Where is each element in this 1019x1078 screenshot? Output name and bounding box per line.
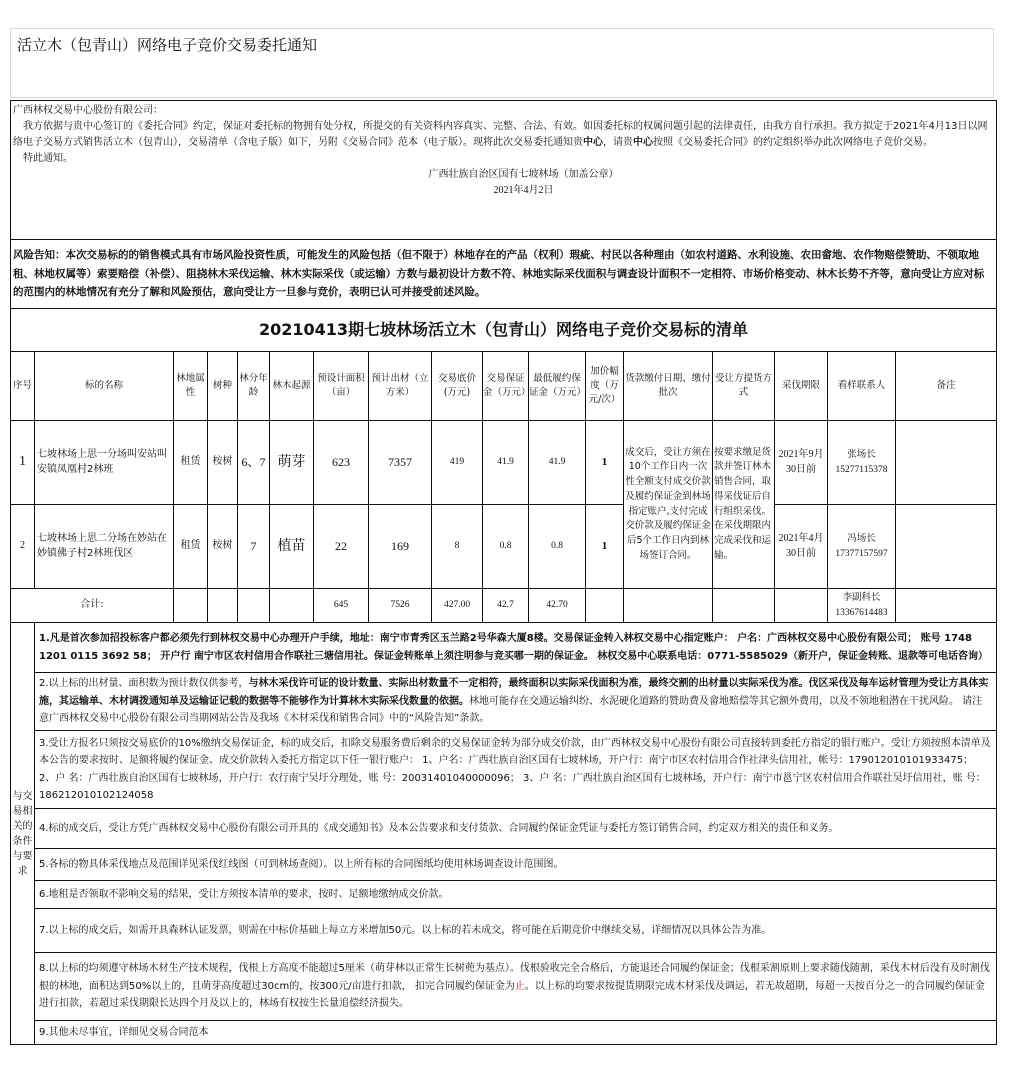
row-age: 7 <box>238 505 270 589</box>
row-base-price: 419 <box>432 421 483 505</box>
col-header: 采伐期限 <box>775 352 828 421</box>
row-increment: 1 <box>586 421 624 505</box>
row-species: 桉树 <box>208 505 238 589</box>
page-title: 活立木（包青山）网络电子竞价交易委托通知 <box>11 29 993 55</box>
row-origin: 植苗 <box>270 505 314 589</box>
condition-item-5: 5.各标的物具体采伐地点及范围详见采伐红线图（可到林场查阅）。以上所有标的合同图… <box>35 849 997 881</box>
condition-item-2: 2.以上标的出材量、面积数为预计数仅供参考，与林木采伐许可证的设计数量、实际出材… <box>35 673 997 731</box>
row-volume: 7357 <box>369 421 432 505</box>
row-origin: 萌芽 <box>270 421 314 505</box>
table-row: 2 七坡林场上思二分场在妙站在妙镇佛子村2林班伐区 租赁 桉树 7 植苗 22 … <box>11 505 997 589</box>
col-header: 标的名称 <box>35 352 174 421</box>
empty-cell <box>270 589 314 623</box>
row-no: 1 <box>11 421 35 505</box>
empty-cell <box>775 589 828 623</box>
letter-body-mid: ，请贵 <box>603 137 633 148</box>
row-deadline: 2021年9月30日前 <box>775 421 828 505</box>
empty-cell <box>896 589 997 623</box>
row-area: 623 <box>314 421 369 505</box>
empty-cell <box>624 589 713 623</box>
col-header: 货款缴付日期、缴付批次 <box>624 352 713 421</box>
col-header: 树种 <box>208 352 238 421</box>
condition-item-8: 8.以上标的均须遵守林场木材生产技术规程，伐根上方高度不能超过5厘米（萌芽林以正… <box>35 953 997 1021</box>
row-species: 桉树 <box>208 421 238 505</box>
row-contact: 冯场长17377157597 <box>828 505 896 589</box>
empty-cell <box>174 589 208 623</box>
row-land: 租赁 <box>174 421 208 505</box>
col-header: 交易底价(万元) <box>432 352 483 421</box>
col-header: 受让方提货方式 <box>713 352 775 421</box>
row-area: 22 <box>314 505 369 589</box>
empty-cell <box>238 589 270 623</box>
total-label: 合计: <box>11 589 174 623</box>
row-remark <box>896 505 997 589</box>
condition-item-4: 4.标的成交后，受让方凭广西林权交易中心股份有限公司开具的《成交通知书》及本公告… <box>35 809 997 849</box>
col-header: 林木起源 <box>270 352 314 421</box>
conditions-label: 与交易相关的条件与要求 <box>11 623 35 1045</box>
col-header: 备注 <box>896 352 997 421</box>
document-frame: 广西林权交易中心股份有限公司： 我方依据与贵中心签订的《委托合同》约定，保证对委… <box>10 100 996 1045</box>
row-no: 2 <box>11 505 35 589</box>
row-name: 七坡林场上思二分场在妙站在妙镇佛子村2林班伐区 <box>35 505 174 589</box>
letter-body-bold: 中心 <box>583 137 603 148</box>
total-volume: 7526 <box>369 589 432 623</box>
total-base-price: 427.00 <box>432 589 483 623</box>
total-perf-deposit: 42.70 <box>529 589 586 623</box>
total-row: 合计: 645 7526 427.00 42.7 42.70 李副科长13367… <box>11 589 997 623</box>
row-volume: 169 <box>369 505 432 589</box>
total-contact: 李副科长13367614483 <box>828 589 896 623</box>
row-age: 6、7 <box>238 421 270 505</box>
row-land: 租赁 <box>174 505 208 589</box>
col-header: 加价幅度（万元/次） <box>586 352 624 421</box>
row-name: 七坡林场上思一分场叫安站叫安镇凤凰村2林班 <box>35 421 174 505</box>
row-perf-deposit: 0.8 <box>529 505 586 589</box>
contact-phone: 13367614483 <box>828 606 895 620</box>
condition-item-3: 3.受让方报名只须按交易底价的10%缴纳交易保证金，标的成交后，扣除交易服务费后… <box>35 731 997 809</box>
col-header: 最低履约保证金（万元） <box>529 352 586 421</box>
condition-item-1: 1.凡是首次参加招投标客户都必须先行到林权交易中心办理开户手续，地址：南宁市青秀… <box>35 623 997 673</box>
row-increment: 1 <box>586 505 624 589</box>
col-header: 看样联系人 <box>828 352 896 421</box>
contact-phone: 15277115378 <box>828 463 895 477</box>
contact-name: 张场长 <box>828 448 895 462</box>
contact-phone: 17377157597 <box>828 547 895 561</box>
contact-name: 李副科长 <box>828 591 895 605</box>
empty-cell <box>713 589 775 623</box>
condition-text-red: 止 <box>515 981 525 992</box>
risk-notice: 风险告知：本次交易标的的销售模式具有市场风险投资性质，可能发生的风险包括（但不限… <box>11 240 997 309</box>
letter-date: 2021年4月2日 <box>13 183 994 199</box>
empty-cell <box>586 589 624 623</box>
notice-table: 广西林权交易中心股份有限公司： 我方依据与贵中心签订的《委托合同》约定，保证对委… <box>10 100 997 1045</box>
condition-item-7: 7.以上标的成交后，如需开具森林认证发票，则需在中标价基础上每立方米增加50元。… <box>35 909 997 953</box>
payment-terms: 成交后，受让方须在10个工作日内一次性全额支付成交价款及履约保证金到林场指定账户… <box>624 421 713 589</box>
pickup-method: 按要求缴足货款并签订林木销售合同，取得采伐证后自行组织采伐。在采伐期限内完成采伐… <box>713 421 775 589</box>
condition-item-9: 9.其他未尽事宜，详细见交易合同范本 <box>35 1021 997 1045</box>
condition-item-6: 6.地租是否领取不影响交易的结果，受让方须按本清单的要求，按时、足额地缴纳成交价… <box>35 881 997 909</box>
row-deadline: 2021年4月30日前 <box>775 505 828 589</box>
condition-text: 2.以上标的出材量、面积数为预计数仅供参考， <box>39 678 249 689</box>
letter-body: 我方依据与贵中心签订的《委托合同》约定，保证对委托标的物拥有处分权，所提交的有关… <box>13 119 994 151</box>
row-perf-deposit: 41.9 <box>529 421 586 505</box>
total-deposit: 42.7 <box>483 589 529 623</box>
letter-closing: 特此通知。 <box>13 151 994 167</box>
letter-body-bold: 中心 <box>633 137 653 148</box>
col-header: 林分年龄 <box>238 352 270 421</box>
empty-cell <box>208 589 238 623</box>
row-deposit: 0.8 <box>483 505 529 589</box>
letter-body-end: 按照《交易委托合同》的约定组织举办此次网络电子竞价交易。 <box>653 137 933 148</box>
notice-title-box: 活立木（包青山）网络电子竞价交易委托通知 <box>10 28 994 98</box>
row-remark <box>896 421 997 505</box>
col-header: 预设计面积（亩） <box>314 352 369 421</box>
letter-addressee: 广西林权交易中心股份有限公司： <box>13 103 994 119</box>
row-base-price: 8 <box>432 505 483 589</box>
table-header-row: 序号 标的名称 林地属性 树种 林分年龄 林木起源 预设计面积（亩） 预计出材（… <box>11 352 997 421</box>
row-contact: 张场长15277115378 <box>828 421 896 505</box>
col-header: 预计出材（立方米） <box>369 352 432 421</box>
listing-title: 20210413期七坡林场活立木（包青山）网络电子竞价交易标的清单 <box>11 309 997 352</box>
row-deposit: 41.9 <box>483 421 529 505</box>
contact-name: 冯场长 <box>828 532 895 546</box>
table-row: 1 七坡林场上思一分场叫安站叫安镇凤凰村2林班 租赁 桉树 6、7 萌芽 623… <box>11 421 997 505</box>
col-header: 林地属性 <box>174 352 208 421</box>
entrustment-letter: 广西林权交易中心股份有限公司： 我方依据与贵中心签订的《委托合同》约定，保证对委… <box>11 101 997 240</box>
letter-signature: 广西壮族自治区国有七坡林场（加盖公章） <box>13 167 994 183</box>
col-header: 交易保证金（万元） <box>483 352 529 421</box>
col-header: 序号 <box>11 352 35 421</box>
total-area: 645 <box>314 589 369 623</box>
